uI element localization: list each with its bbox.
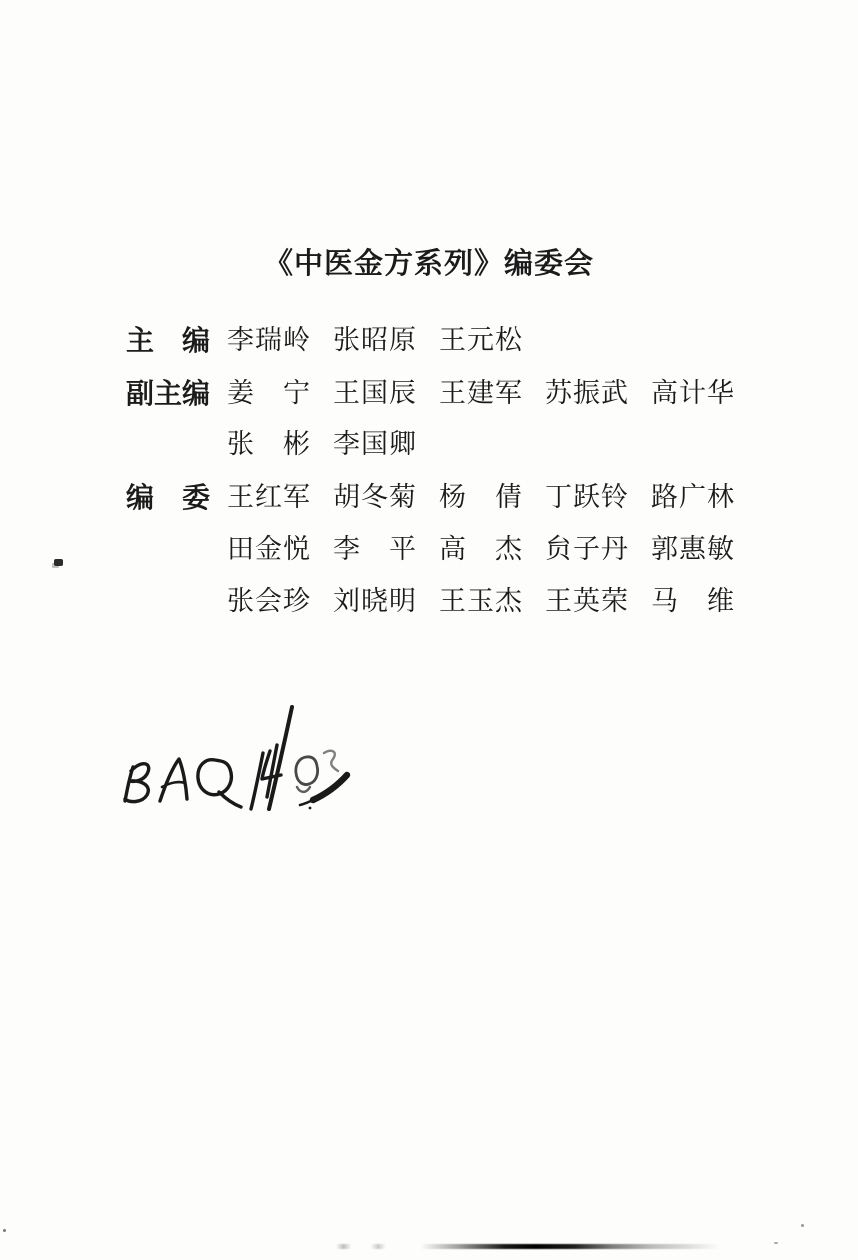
committee-row-deputy-editors: 副主编 姜 宁 王国辰 王建军 苏振武 高计华 [0, 377, 858, 411]
editor-name: 张 彬 [227, 428, 317, 462]
ink-speck [774, 1242, 778, 1244]
committee-row-members-cont-1: 田金悦 李 平 高 杰 贠子丹 郭惠敏 [0, 533, 858, 567]
editor-name: 郭惠敏 [651, 533, 741, 567]
name-list: 姜 宁 王国辰 王建军 苏振武 高计华 [227, 377, 741, 411]
role-label-chief-editor: 主 编 [126, 324, 210, 358]
editor-name: 刘晓明 [333, 585, 423, 619]
handwriting-text: BAQ 14/03 [120, 720, 360, 820]
ink-speck [3, 1229, 6, 1232]
editor-name: 贠子丹 [545, 533, 635, 567]
editor-name: 张昭原 [333, 324, 423, 358]
editor-name: 王国辰 [333, 377, 423, 411]
document-page: 《中医金方系列》编委会 主 编 李瑞岭 张昭原 王元松 副主编 姜 宁 王国辰 … [0, 0, 858, 1260]
name-list: 张会珍 刘晓明 王玉杰 王英荣 马 维 [227, 585, 741, 619]
page-title: 《中医金方系列》编委会 [0, 241, 858, 282]
editor-name: 田金悦 [227, 533, 317, 567]
editor-name: 王英荣 [545, 585, 635, 619]
editor-name: 王玉杰 [439, 585, 529, 619]
editor-name: 王建军 [439, 377, 529, 411]
editor-name: 胡冬菊 [333, 481, 423, 515]
committee-row-deputy-editors-cont: 张 彬 李国卿 [0, 428, 858, 462]
name-list: 张 彬 李国卿 [227, 428, 423, 462]
name-list: 田金悦 李 平 高 杰 贠子丹 郭惠敏 [227, 533, 741, 567]
editor-name: 苏振武 [545, 377, 635, 411]
editor-name: 张会珍 [227, 585, 317, 619]
editor-name: 姜 宁 [227, 377, 317, 411]
role-label-deputy-editor: 副主编 [126, 377, 210, 411]
committee-row-members: 编 委 王红军 胡冬菊 杨 倩 丁跃铃 路广林 [0, 481, 858, 515]
editor-name: 马 维 [651, 585, 741, 619]
ink-speck [54, 559, 63, 566]
role-label-committee-member: 编 委 [126, 481, 210, 515]
editor-name: 高 杰 [439, 533, 529, 567]
editor-name: 王元松 [439, 324, 529, 358]
ink-speck [801, 1224, 804, 1227]
name-list: 李瑞岭 张昭原 王元松 [227, 324, 529, 358]
scan-smudge-line [336, 1244, 720, 1249]
editor-name: 李瑞岭 [227, 324, 317, 358]
editor-name: 王红军 [227, 481, 317, 515]
committee-row-members-cont-2: 张会珍 刘晓明 王玉杰 王英荣 马 维 [0, 585, 858, 619]
committee-row-chief-editor: 主 编 李瑞岭 张昭原 王元松 [0, 324, 858, 358]
editor-name: 丁跃铃 [545, 481, 635, 515]
editor-name: 李国卿 [333, 428, 423, 462]
editor-name: 路广林 [651, 481, 741, 515]
name-list: 王红军 胡冬菊 杨 倩 丁跃铃 路广林 [227, 481, 741, 515]
editor-name: 李 平 [333, 533, 423, 567]
editor-name: 高计华 [651, 377, 741, 411]
editor-name: 杨 倩 [439, 481, 529, 515]
